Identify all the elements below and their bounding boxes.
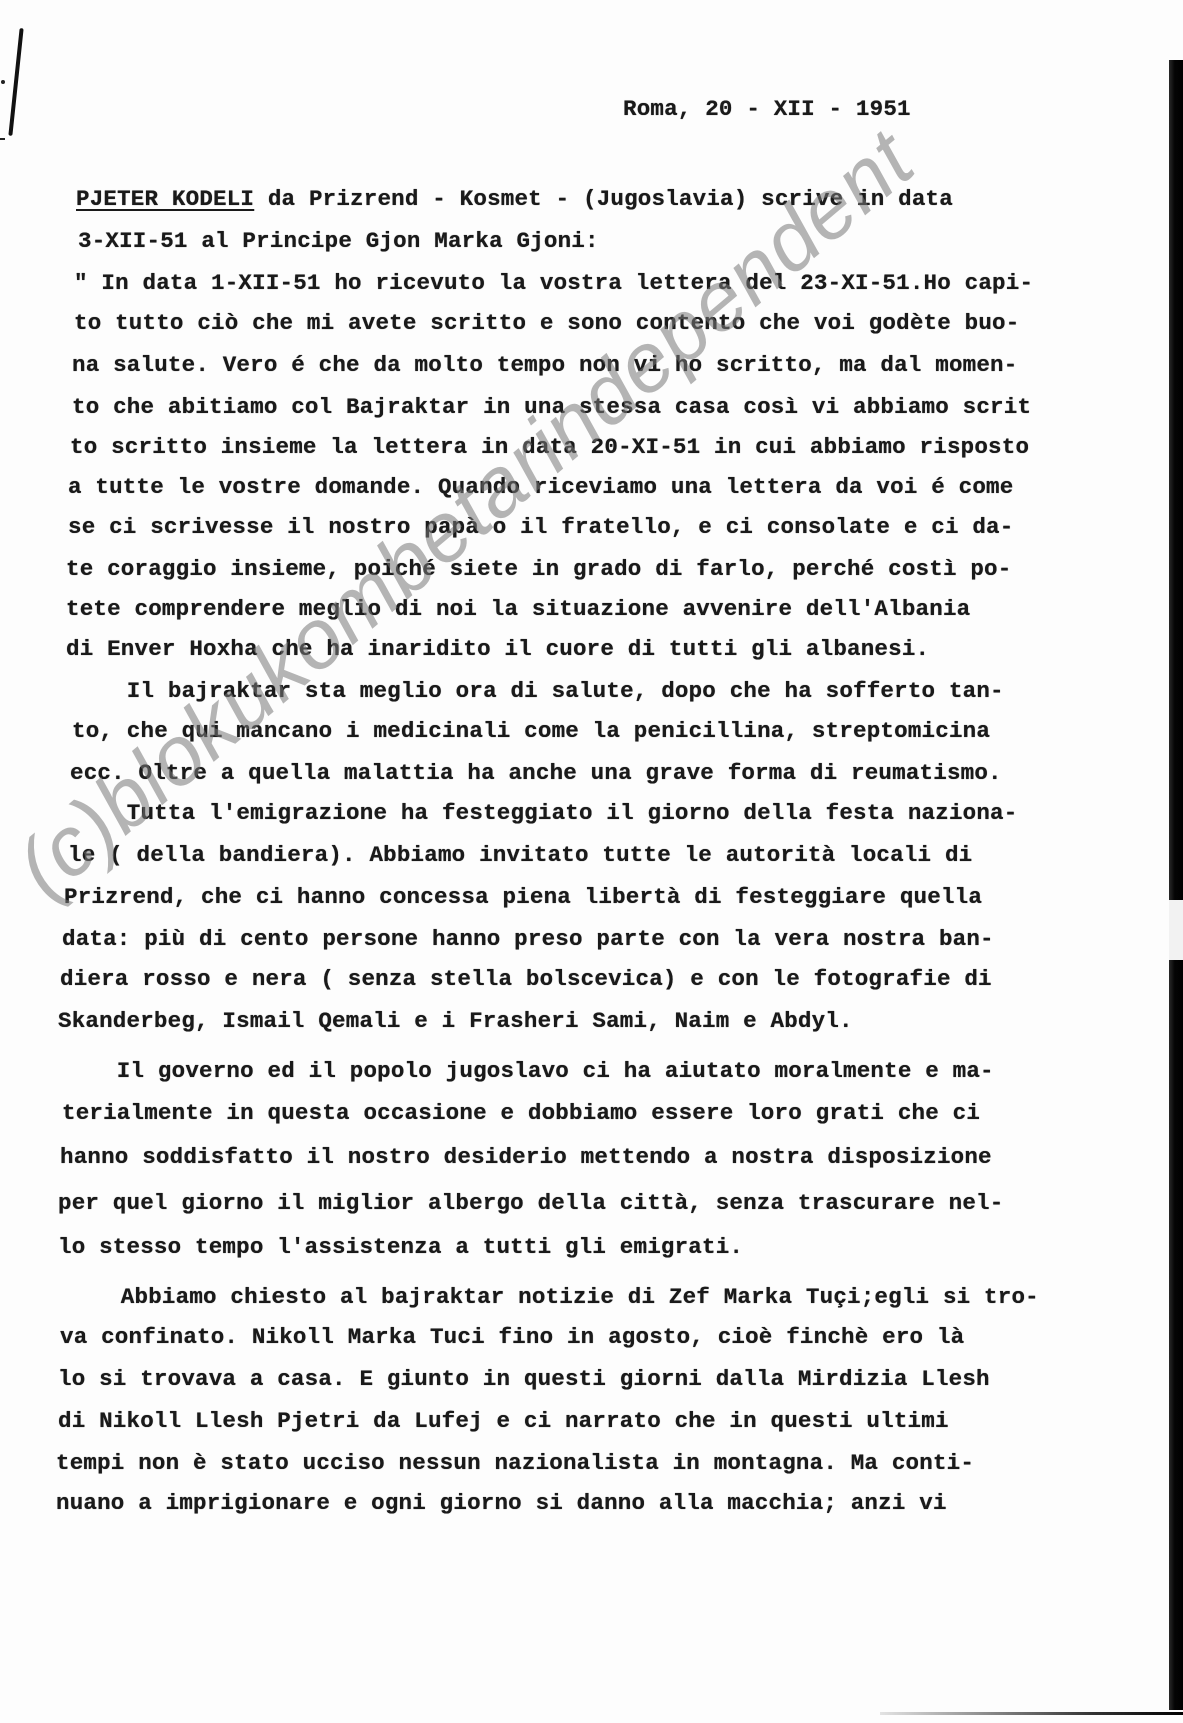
text-line: to, che qui mancano i medicinali come la… bbox=[72, 718, 990, 744]
text-line: to scritto insieme la lettera in data 20… bbox=[70, 434, 1029, 460]
text-line: nuano a imprigionare e ogni giorno si da… bbox=[56, 1490, 947, 1516]
text-line: te coraggio insieme, poiché siete in gra… bbox=[66, 556, 1011, 582]
text-line: per quel giorno il miglior albergo della… bbox=[58, 1190, 1003, 1216]
text-line: ecc. Oltre a quella malattia ha anche un… bbox=[70, 760, 1002, 786]
text-line: hanno soddisfatto il nostro desiderio me… bbox=[60, 1144, 992, 1170]
scan-speck bbox=[0, 138, 5, 140]
pen-mark bbox=[8, 28, 23, 136]
text-line: 3-XII-51 al Principe Gjon Marka Gjoni: bbox=[78, 228, 599, 254]
text-line: data: più di cento persone hanno preso p… bbox=[62, 926, 994, 952]
text-line: Il bajraktar sta meglio ora di salute, d… bbox=[72, 678, 1004, 704]
text-line: da Prizrend - Kosmet - (Jugoslavia) scri… bbox=[254, 186, 953, 212]
sender-name: PJETER KODELI bbox=[76, 186, 254, 212]
text-line: lo si trovava a casa. E giunto in questi… bbox=[58, 1366, 990, 1392]
text-line: di Enver Hoxha che ha inaridito il cuore… bbox=[66, 636, 929, 662]
text-line: lo stesso tempo l'assistenza a tutti gli… bbox=[58, 1234, 743, 1260]
text-line: tempi non è stato ucciso nessun nazional… bbox=[56, 1450, 974, 1476]
text-line: di Nikoll Llesh Pjetri da Lufej e ci nar… bbox=[58, 1408, 949, 1434]
first-line: PJETER KODELI da Prizrend - Kosmet - (Ju… bbox=[76, 186, 953, 212]
text-line: tete comprendere meglio di noi la situaz… bbox=[66, 596, 970, 622]
scan-border-right bbox=[1169, 60, 1183, 1710]
scan-speck bbox=[1, 80, 5, 84]
text-line: va confinato. Nikoll Marka Tuci fino in … bbox=[60, 1324, 964, 1350]
place-date: Roma, 20 - XII - 1951 bbox=[623, 96, 911, 122]
text-line: " In data 1-XII-51 ho ricevuto la vostra… bbox=[74, 270, 1033, 296]
scan-border-bottom bbox=[880, 1712, 1183, 1715]
text-line: se ci scrivesse il nostro papà o il frat… bbox=[68, 514, 1013, 540]
text-line: Prizrend, che ci hanno concessa piena li… bbox=[64, 884, 982, 910]
text-line: Skanderbeg, Ismail Qemali e i Frasheri S… bbox=[58, 1008, 853, 1034]
text-line: diera rosso e nera ( senza stella bolsce… bbox=[60, 966, 992, 992]
text-line: na salute. Vero é che da molto tempo non… bbox=[72, 352, 1017, 378]
text-line: Tutta l'emigrazione ha festeggiato il gi… bbox=[72, 800, 1017, 826]
text-line: Abbiamo chiesto al bajraktar notizie di … bbox=[66, 1284, 1039, 1310]
text-line: to che abitiamo col Bajraktar in una ste… bbox=[72, 394, 1031, 420]
text-line: terialmente in questa occasione e dobbia… bbox=[62, 1100, 980, 1126]
scan-border-gap bbox=[1169, 900, 1183, 960]
text-line: to tutto ciò che mi avete scritto e sono… bbox=[74, 310, 1019, 336]
text-line: Il governo ed il popolo jugoslavo ci ha … bbox=[62, 1058, 994, 1084]
scanned-letter-page: Roma, 20 - XII - 1951 PJETER KODELI da P… bbox=[0, 0, 1183, 1723]
text-line: a tutte le vostre domande. Quando ricevi… bbox=[68, 474, 1013, 500]
text-line: le ( della bandiera). Abbiamo invitato t… bbox=[68, 842, 972, 868]
